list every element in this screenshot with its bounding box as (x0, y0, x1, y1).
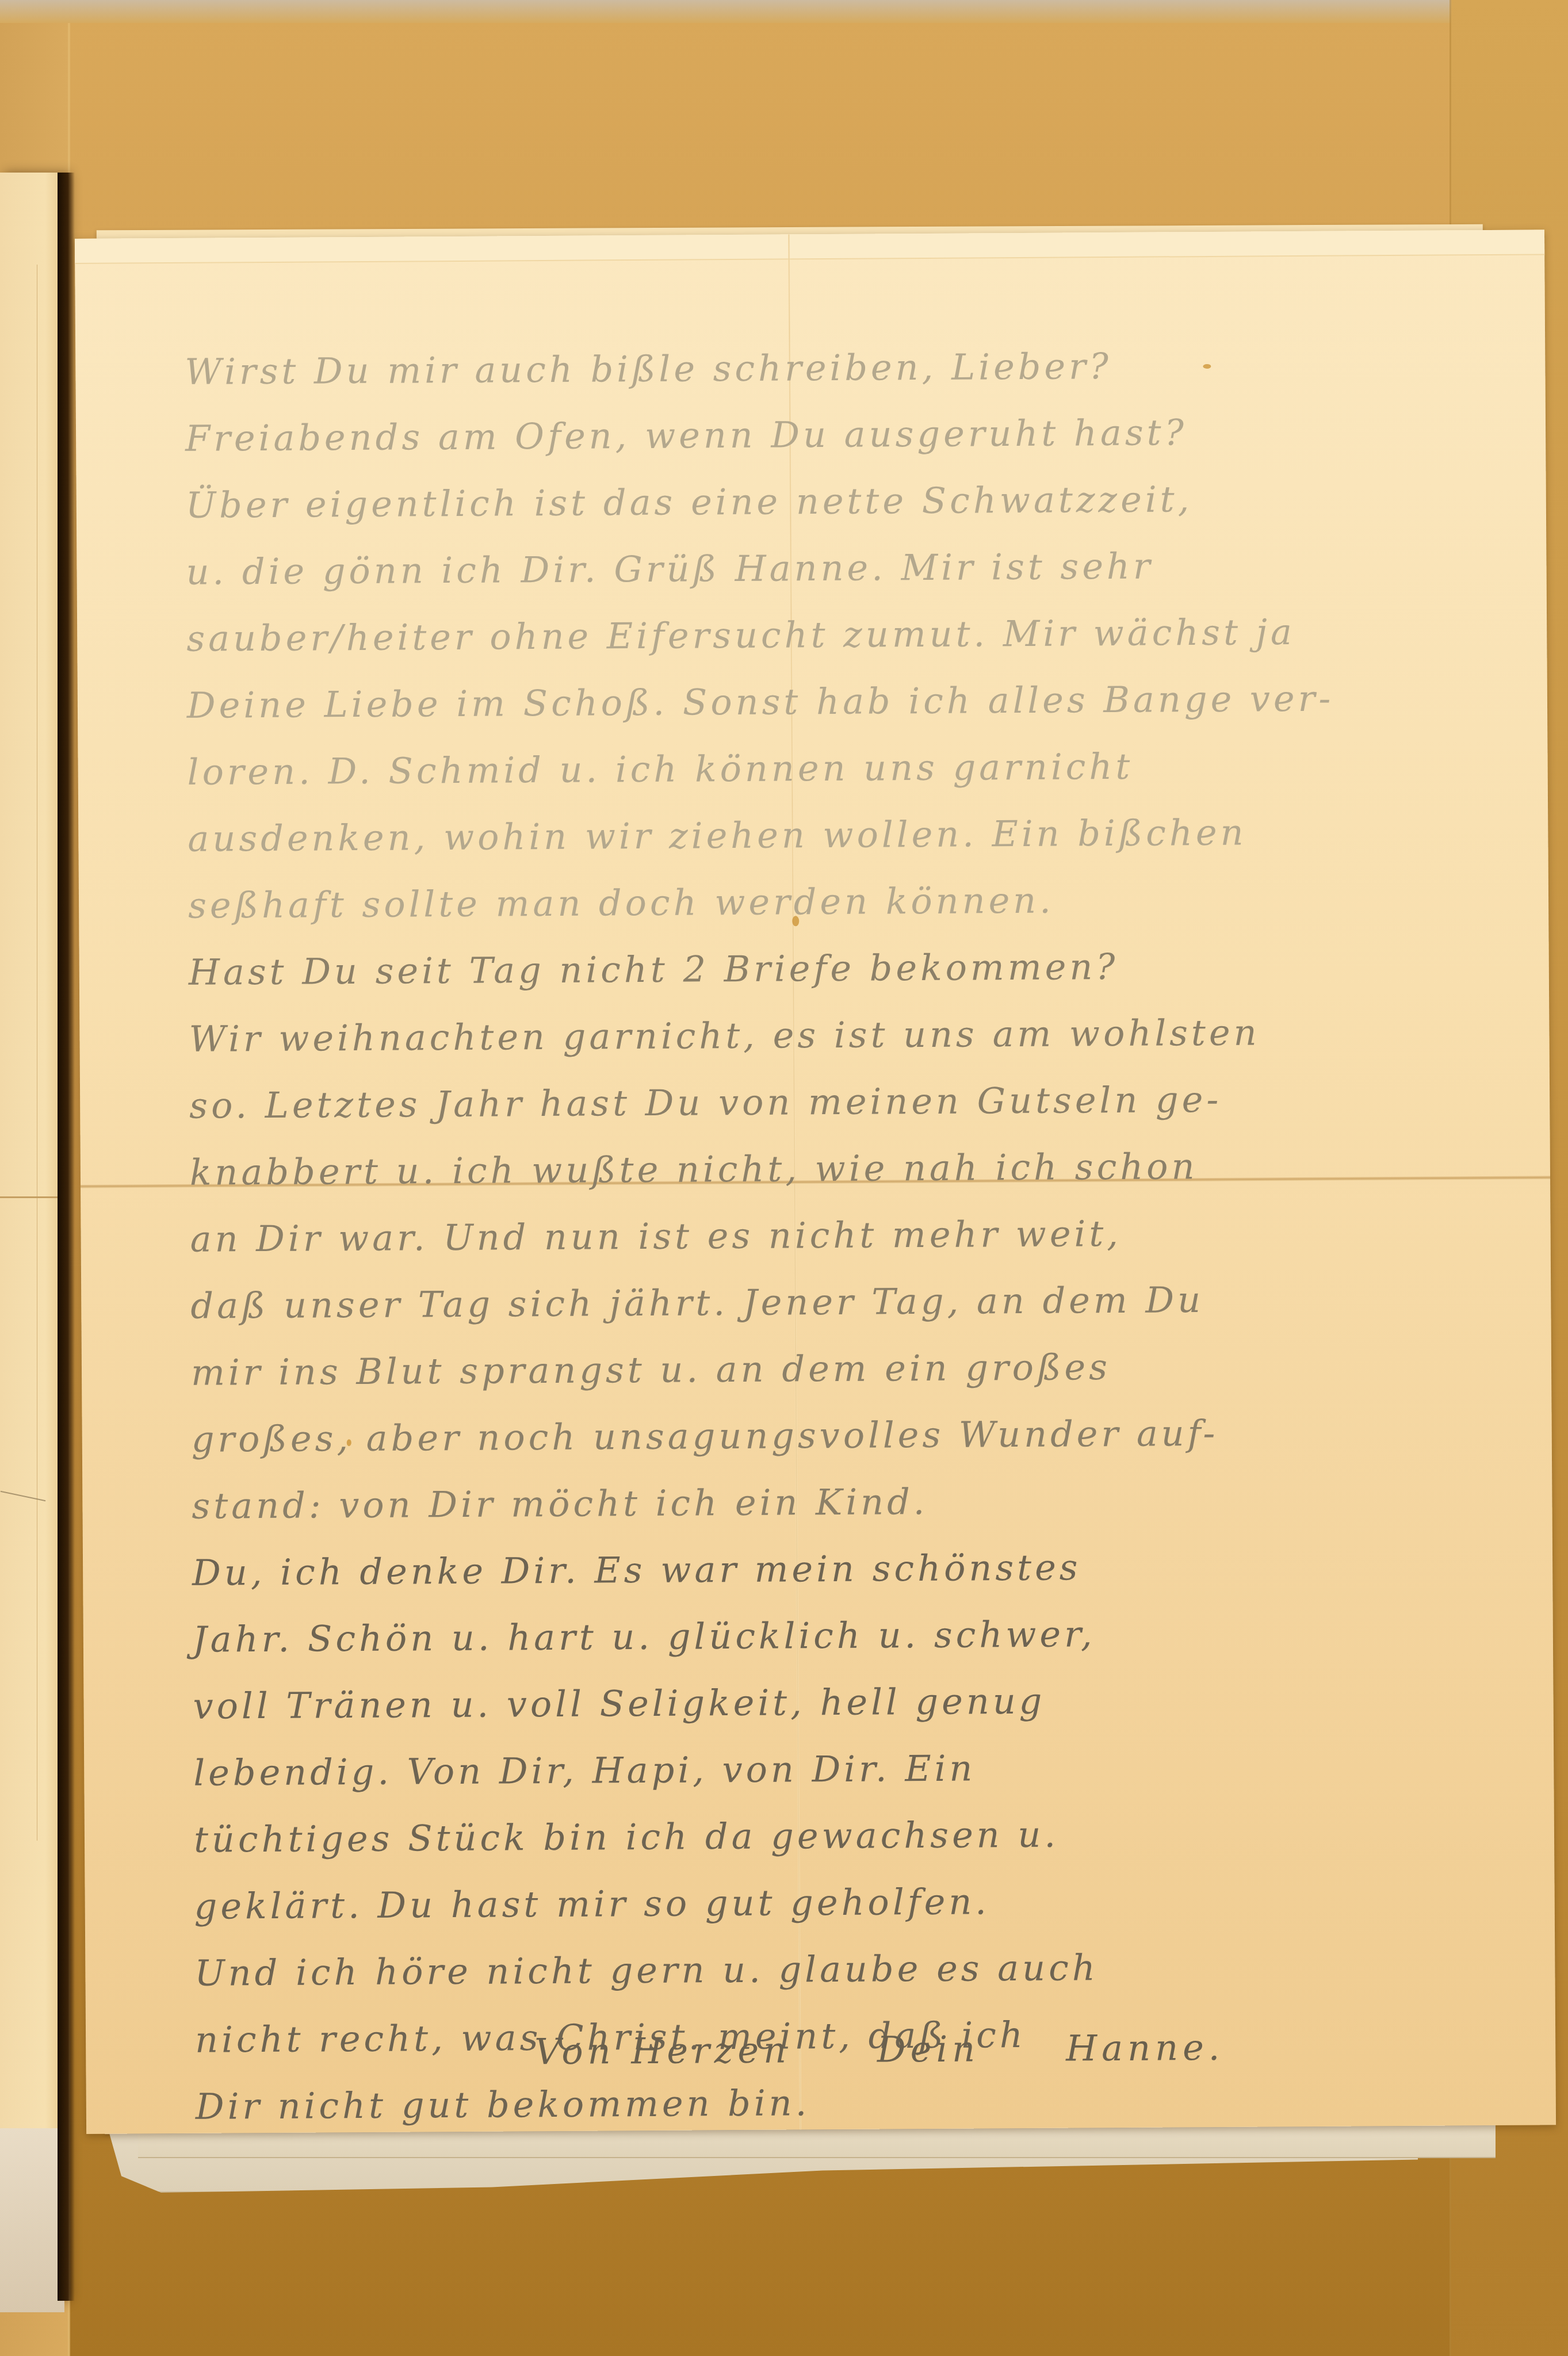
letter-line: sauber/heiter ohne Eifersucht zumut. Mir… (186, 598, 1487, 672)
letter-line: Freiabends am Ofen, wenn Du ausgeruht ha… (185, 397, 1486, 472)
letter-line: knabbert u. ich wußte nicht, wie nah ich… (190, 1131, 1490, 1206)
letter-closing: Von HerzenDeinHanne. (534, 2026, 1311, 2072)
letter-line: loren. D. Schmid u. ich können uns garni… (187, 731, 1487, 806)
letter-page: Wirst Du mir auch bißle schreiben, Liebe… (75, 230, 1556, 2134)
letter-line: mir ins Blut sprangst u. an dem ein groß… (191, 1332, 1491, 1406)
letter-line: Jahr. Schön u. hart u. glücklich u. schw… (193, 1598, 1493, 1673)
backdrop (0, 0, 1568, 23)
letter-line: u. die gönn ich Dir. Grüß Hanne. Mir ist… (186, 531, 1486, 606)
letter-line: Wirst Du mir auch bißle schreiben, Liebe… (185, 331, 1485, 406)
letter-line: voll Tränen u. voll Seligkeit, hell genu… (193, 1665, 1493, 1740)
letter-line: Deine Liebe im Schoß. Sonst hab ich alle… (187, 664, 1487, 739)
letter-line: tüchtiges Stück bin ich da gewachsen u. (194, 1799, 1494, 1873)
letter-line: Du, ich denke Dir. Es war mein schönstes (192, 1532, 1493, 1607)
letter-line: ausdenken, wohin wir ziehen wollen. Ein … (188, 798, 1488, 873)
signature: Hanne. (1066, 2026, 1225, 2070)
letter-line: großes, aber noch unsagungsvolles Wunder… (191, 1398, 1491, 1473)
left-letter-stack (0, 173, 66, 2301)
letter-line: geklärt. Du hast mir so gut geholfen. (194, 1865, 1494, 1940)
closing-possessive: Dein (877, 2028, 980, 2070)
letter-line: Dir nicht gut bekommen bin. (195, 2066, 1496, 2140)
letter-line: so. Letztes Jahr hast Du von meinen Guts… (189, 1065, 1490, 1139)
gutter-shadow (58, 173, 75, 2301)
stack-fold-line (0, 1196, 64, 1198)
letter-line: an Dir war. Und nun ist es nicht mehr we… (190, 1198, 1490, 1273)
stack-inner-sheet (0, 265, 37, 1841)
letter-line: Über eigentlich ist das eine nette Schwa… (185, 464, 1486, 539)
stack-bottom-edge (0, 2128, 64, 2312)
letter-line: stand: von Dir möcht ich ein Kind. (192, 1465, 1492, 1540)
letter-line: Und ich höre nicht gern u. glaube es auc… (194, 1932, 1495, 2007)
letter-body: Wirst Du mir auch bißle schreiben, Liebe… (185, 331, 1496, 2140)
letter-line: seßhaft sollte man doch werden können. (188, 865, 1489, 939)
letter-line: lebendig. Von Dir, Hapi, von Dir. Ein (193, 1732, 1494, 1807)
letter-line: Hast Du seit Tag nicht 2 Briefe bekommen… (188, 931, 1489, 1006)
closing-salutation: Von Herzen (534, 2029, 791, 2072)
letter-line: Wir weihnachten garnicht, es ist uns am … (189, 998, 1489, 1073)
letter-line: daß unser Tag sich jährt. Jener Tag, an … (190, 1265, 1491, 1340)
